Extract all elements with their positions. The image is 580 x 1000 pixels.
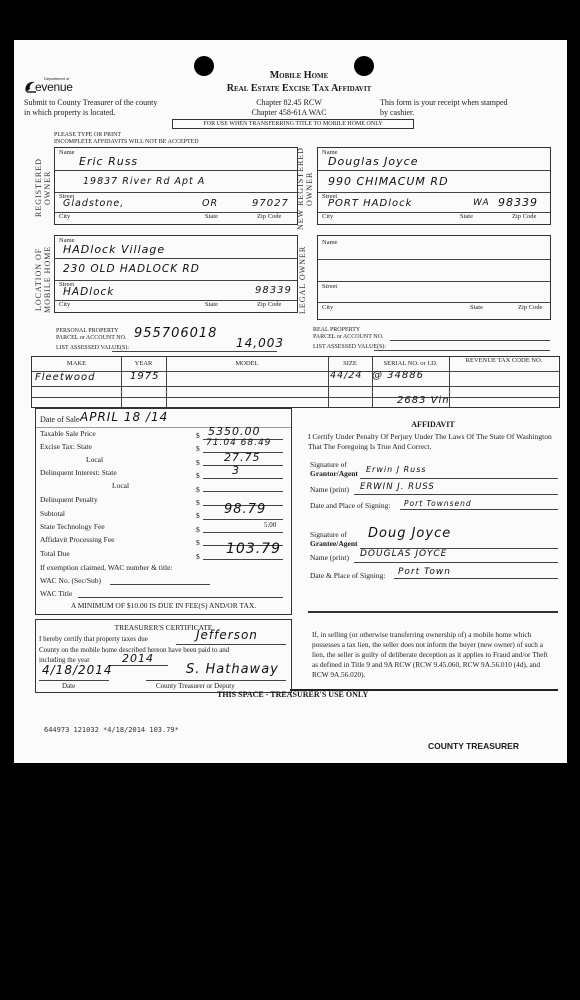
legal-owner-zip-label: Zip Code: [518, 304, 542, 311]
total-due-value[interactable]: 103.79: [226, 541, 281, 557]
registered-owner-zip[interactable]: 97027: [252, 198, 289, 209]
size-value[interactable]: 44/24: [330, 370, 362, 381]
col-model: MODEL: [166, 360, 328, 367]
wac-no-label: WAC No. (Sec/Sub): [40, 576, 101, 585]
col-size: SIZE: [328, 360, 372, 367]
grantor-name-label: Name (print): [310, 485, 349, 494]
county-treasurer-stamp: COUNTY TREASURER: [428, 741, 519, 751]
registered-owner-zip-label: Zip Code: [257, 213, 281, 220]
new-owner-state[interactable]: WA: [473, 198, 490, 208]
registered-owner-city-label: City: [59, 213, 70, 220]
delinquent-interest-state-label: Delinquent Interest: State: [40, 468, 117, 477]
total-due-label: Total Due: [40, 549, 70, 558]
location-zip[interactable]: 98339: [255, 285, 292, 296]
affidavit-fee-label: Affidavit Processing Fee: [40, 535, 114, 544]
excise-tax-state-label: Excise Tax: State: [40, 442, 92, 451]
registered-owner-address[interactable]: 19837 River Rd Apt A: [83, 176, 205, 187]
legal-owner-city-label: City: [322, 304, 333, 311]
grantee-sig-label-1: Signature of: [310, 530, 347, 539]
grantor-sig-label-2: Grantor/Agent: [310, 469, 358, 478]
grantor-date-place-label: Date and Place of Signing:: [310, 501, 390, 510]
treasurer-use-only: THIS SPACE - TREASURER'S USE ONLY: [217, 690, 368, 699]
registered-owner-name[interactable]: Eric Russ: [79, 155, 138, 168]
instructions-incomplete: INCOMPLETE AFFIDAVITS WILL NOT BE ACCEPT…: [54, 139, 199, 145]
lien-notice: If, in selling (or otherwise transferrin…: [312, 630, 550, 680]
treasurer-cert-date[interactable]: 4/18/2014: [42, 663, 113, 677]
form-title-line2: Real Estate Excise Tax Affidavit: [144, 83, 454, 94]
col-year: YEAR: [121, 360, 166, 367]
grantee-sig-label-2: Grantee/Agent: [310, 539, 358, 548]
new-owner-city-label: City: [322, 213, 333, 220]
new-owner-city[interactable]: PORT HADlock: [328, 198, 412, 209]
instructions-type: PLEASE TYPE OR PRINT: [54, 132, 121, 138]
minimum-due-note: A MINIMUM OF $10.00 IS DUE IN FEE(S) AND…: [36, 601, 291, 610]
treasurer-cert-year[interactable]: 2014: [122, 652, 154, 665]
delinquent-interest-state[interactable]: 3: [232, 464, 240, 477]
form-title-line1: Mobile Home: [164, 70, 434, 81]
date-of-sale[interactable]: APRIL 18 /14: [80, 410, 168, 424]
personal-property-label-2: PARCEL or ACCOUNT NO.: [56, 335, 126, 341]
legal-owner-street-label: Street: [322, 283, 337, 290]
subtotal-value[interactable]: 98.79: [224, 502, 266, 517]
excise-tax-local-label: Local: [86, 455, 103, 464]
location-city[interactable]: HADlock: [63, 286, 114, 298]
real-assessed-field[interactable]: [374, 350, 550, 351]
real-parcel-field[interactable]: [390, 340, 550, 341]
legal-owner-section-label: LEGAL OWNER: [298, 240, 316, 320]
cashier-receipt-stamp: 644973 121032 *4/18/2014 103.79*: [44, 726, 179, 734]
grantee-date-place[interactable]: Port Town: [398, 567, 451, 577]
new-owner-state-label: State: [460, 213, 473, 220]
chapter-wac: Chapter 458-61A WAC: [214, 108, 364, 117]
serial-value[interactable]: @ 34886: [372, 370, 424, 381]
legal-owner-name-label: Name: [322, 239, 338, 246]
grantor-name[interactable]: ERWIN J. RUSS: [360, 482, 435, 492]
taxable-sale-price[interactable]: 5350.00: [208, 425, 261, 438]
location-section-label: LOCATION OF MOBILE HOME: [34, 234, 56, 324]
col-make: MAKE: [32, 360, 121, 367]
grantee-name[interactable]: DOUGLAS JOYCE: [360, 549, 447, 559]
grantee-name-label: Name (print): [310, 553, 349, 562]
subtotal-label: Subtotal: [40, 509, 65, 518]
location-name[interactable]: HADlock Village: [63, 243, 165, 256]
personal-property-label-1: PERSONAL PROPERTY: [56, 328, 119, 334]
registered-owner-name-label: Name: [59, 149, 75, 156]
col-revenue-tax-code: REVENUE TAX CODE NO.: [459, 357, 549, 364]
wac-no-field[interactable]: [110, 584, 210, 585]
grantor-signature[interactable]: Erwin J Russ: [366, 465, 427, 474]
treasurer-cert-county[interactable]: Jefferson: [196, 628, 258, 642]
legal-owner-state-label: State: [470, 304, 483, 311]
make-value[interactable]: Fleetwood: [35, 372, 96, 383]
submit-note-2: in which property is located.: [24, 108, 115, 117]
new-registered-owner-section-label: NEW REGISTERED OWNER: [296, 144, 316, 234]
assessed-value[interactable]: 14,003: [236, 336, 284, 350]
registered-owner-state[interactable]: OR: [202, 198, 218, 209]
delinquent-interest-local-label: Local: [112, 481, 129, 490]
registered-owner-state-label: State: [205, 213, 218, 220]
delinquent-penalty-label: Delinquent Penalty: [40, 495, 98, 504]
treasurer-cert-line1: I hereby certify that property taxes due: [39, 635, 148, 643]
use-banner: FOR USE WHEN TRANSFERRING TITLE TO MOBIL…: [172, 119, 414, 129]
excise-tax-state[interactable]: 71.04 68.49: [206, 438, 271, 448]
chapter-rcw: Chapter 82.45 RCW: [214, 98, 364, 107]
real-property-label-1: REAL PROPERTY: [313, 327, 360, 333]
dor-logo-name: evenue: [35, 80, 73, 94]
new-owner-address[interactable]: 990 CHIMACUM RD: [328, 175, 449, 188]
receipt-note-1: This form is your receipt when stamped: [380, 98, 508, 107]
location-address[interactable]: 230 OLD HADLOCK RD: [63, 263, 200, 275]
legal-owner-box: Name Street City State Zip Code: [317, 235, 551, 320]
date-of-sale-label: Date of Sale: [40, 415, 80, 424]
affidavit-title: AFFIDAVIT: [308, 420, 558, 429]
tax-computation-box: Date of Sale APRIL 18 /14 Taxable Sale P…: [35, 408, 292, 615]
treasurer-date-label: Date: [62, 682, 75, 690]
exemption-label: If exemption claimed, WAC number & title…: [40, 563, 173, 572]
grantee-date-place-label: Date & Place of Signing:: [310, 571, 385, 580]
serial-vin-value[interactable]: 2683 Vin: [397, 395, 450, 406]
personal-parcel-number[interactable]: 955706018: [134, 326, 217, 341]
currency-column: $$$$$$$$$$: [196, 429, 200, 563]
mobile-home-table: MAKE YEAR MODEL SIZE SERIAL NO. or I.D. …: [31, 356, 560, 408]
location-city-label: City: [59, 301, 70, 308]
grantor-sig-label-1: Signature of: [310, 460, 347, 469]
affidavit-form-page: Department of evenue Mobile Home Real Es…: [14, 40, 567, 763]
taxable-sale-price-label: Taxable Sale Price: [40, 429, 96, 438]
excise-tax-local[interactable]: 27.75: [224, 451, 261, 464]
dor-logo: Department of evenue: [24, 76, 84, 98]
year-value[interactable]: 1975: [130, 371, 159, 382]
receipt-note-2: by cashier.: [380, 108, 414, 117]
grantor-date-place[interactable]: Port Townsend: [404, 499, 472, 508]
state-tech-fee-label: State Technology Fee: [40, 522, 105, 531]
location-state-label: State: [205, 301, 218, 308]
treasurer-certificate-box: TREASURER'S CERTIFICATE I hereby certify…: [35, 619, 292, 693]
location-zip-label: Zip Code: [257, 301, 281, 308]
treasurer-signature[interactable]: S. Hathaway: [186, 662, 279, 677]
affidavit-text: I Certify Under Penalty Of Perjury Under…: [308, 432, 558, 452]
real-property-label-2: PARCEL or ACCOUNT NO.: [313, 334, 383, 340]
registered-owner-box: Name Eric Russ 19837 River Rd Apt A Stre…: [54, 147, 298, 225]
affidavit-divider: [308, 611, 558, 613]
state-tech-fee-value: 5.00: [264, 521, 276, 529]
new-owner-name[interactable]: Douglas Joyce: [328, 155, 418, 168]
affidavit-section: AFFIDAVIT I Certify Under Penalty Of Per…: [308, 420, 558, 452]
col-serial: SERIAL NO. or I.D.: [372, 360, 449, 367]
new-owner-zip-label: Zip Code: [512, 213, 536, 220]
registered-owner-city[interactable]: Gladstone,: [63, 198, 124, 209]
submit-note-1: Submit to County Treasurer of the county: [24, 98, 157, 107]
wac-title-label: WAC Title: [40, 589, 72, 598]
treasurer-sig-label: County Treasurer or Deputy: [156, 682, 235, 690]
registered-owner-section-label: REGISTERED OWNER: [34, 148, 52, 228]
new-registered-owner-box: Name Douglas Joyce 990 CHIMACUM RD Stree…: [317, 147, 551, 225]
location-box: Name HADlock Village 230 OLD HADLOCK RD …: [54, 235, 298, 313]
wac-title-field[interactable]: [78, 597, 283, 598]
grantee-signature[interactable]: Doug Joyce: [368, 526, 451, 541]
new-owner-zip[interactable]: 98339: [498, 196, 538, 209]
